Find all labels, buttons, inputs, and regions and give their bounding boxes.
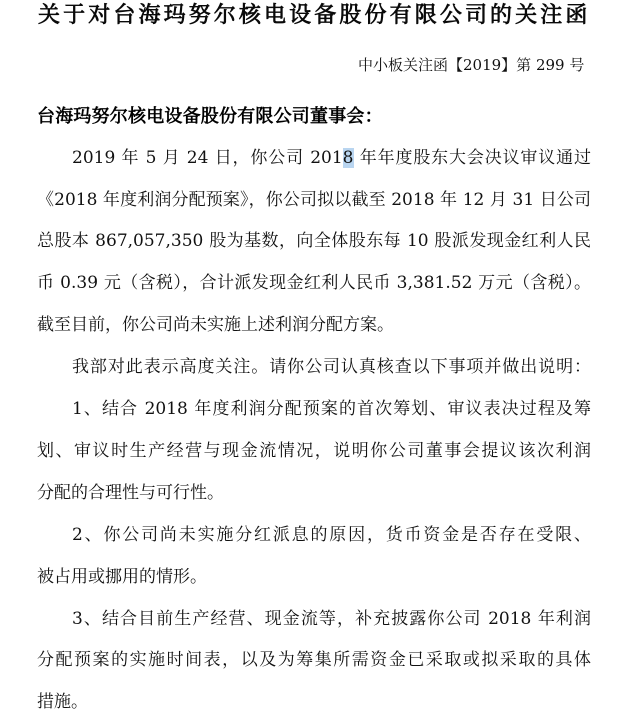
selected-text[interactable]: 8 [343, 148, 354, 168]
paragraph-line[interactable]: 2019 年 5 月 24 日，你公司 2018 年年度股东大会决议审议通过 [72, 145, 591, 171]
list-item-1-line: 分配的合理性与可行性。 [37, 480, 591, 506]
paragraph-line: 币 0.39 元（含税），合计派发现金红利人民币 3,381.52 万元（含税）… [37, 270, 591, 296]
list-item-2-line: 被占用或挪用的情形。 [37, 564, 591, 590]
list-item-2-line: 2、你公司尚未实施分红派息的原因，货币资金是否存在受限、 [72, 522, 591, 548]
paragraph-line: 《2018 年度利润分配预案》，你公司拟以截至 2018 年 12 月 31 日… [37, 187, 591, 213]
text-segment: 2019 年 5 月 24 日，你公司 201 [72, 148, 343, 168]
salutation: 台海玛努尔核电设备股份有限公司董事会： [37, 104, 383, 130]
list-item-3-line: 分配预案的实施时间表，以及为筹集所需资金已采取或拟采取的具体 [37, 647, 591, 673]
list-item-3-line: 措施。 [37, 689, 591, 715]
letter-title: 关于对台海玛努尔核电设备股份有限公司的关注函 [38, 2, 590, 30]
paragraph-line: 我部对此表示高度关注。请你公司认真核查以下事项并做出说明： [72, 354, 591, 380]
paragraph-line: 总股本 867,057,350 股为基数，向全体股东每 10 股派发现金红利人民 [37, 228, 591, 254]
paragraph-line: 截至目前，你公司尚未实施上述利润分配方案。 [37, 312, 591, 338]
list-item-3-line: 3、结合目前生产经营、现金流等，补充披露你公司 2018 年利润 [72, 606, 591, 632]
list-item-1-line: 1、结合 2018 年度利润分配预案的首次筹划、审议表决过程及筹 [72, 396, 591, 422]
reference-number: 中小板关注函【2019】第 299 号 [358, 54, 590, 76]
list-item-1-line: 划、审议时生产经营与现金流情况，说明你公司董事会提议该次利润 [37, 438, 591, 464]
text-segment: 年年度股东大会决议审议通过 [354, 148, 592, 168]
